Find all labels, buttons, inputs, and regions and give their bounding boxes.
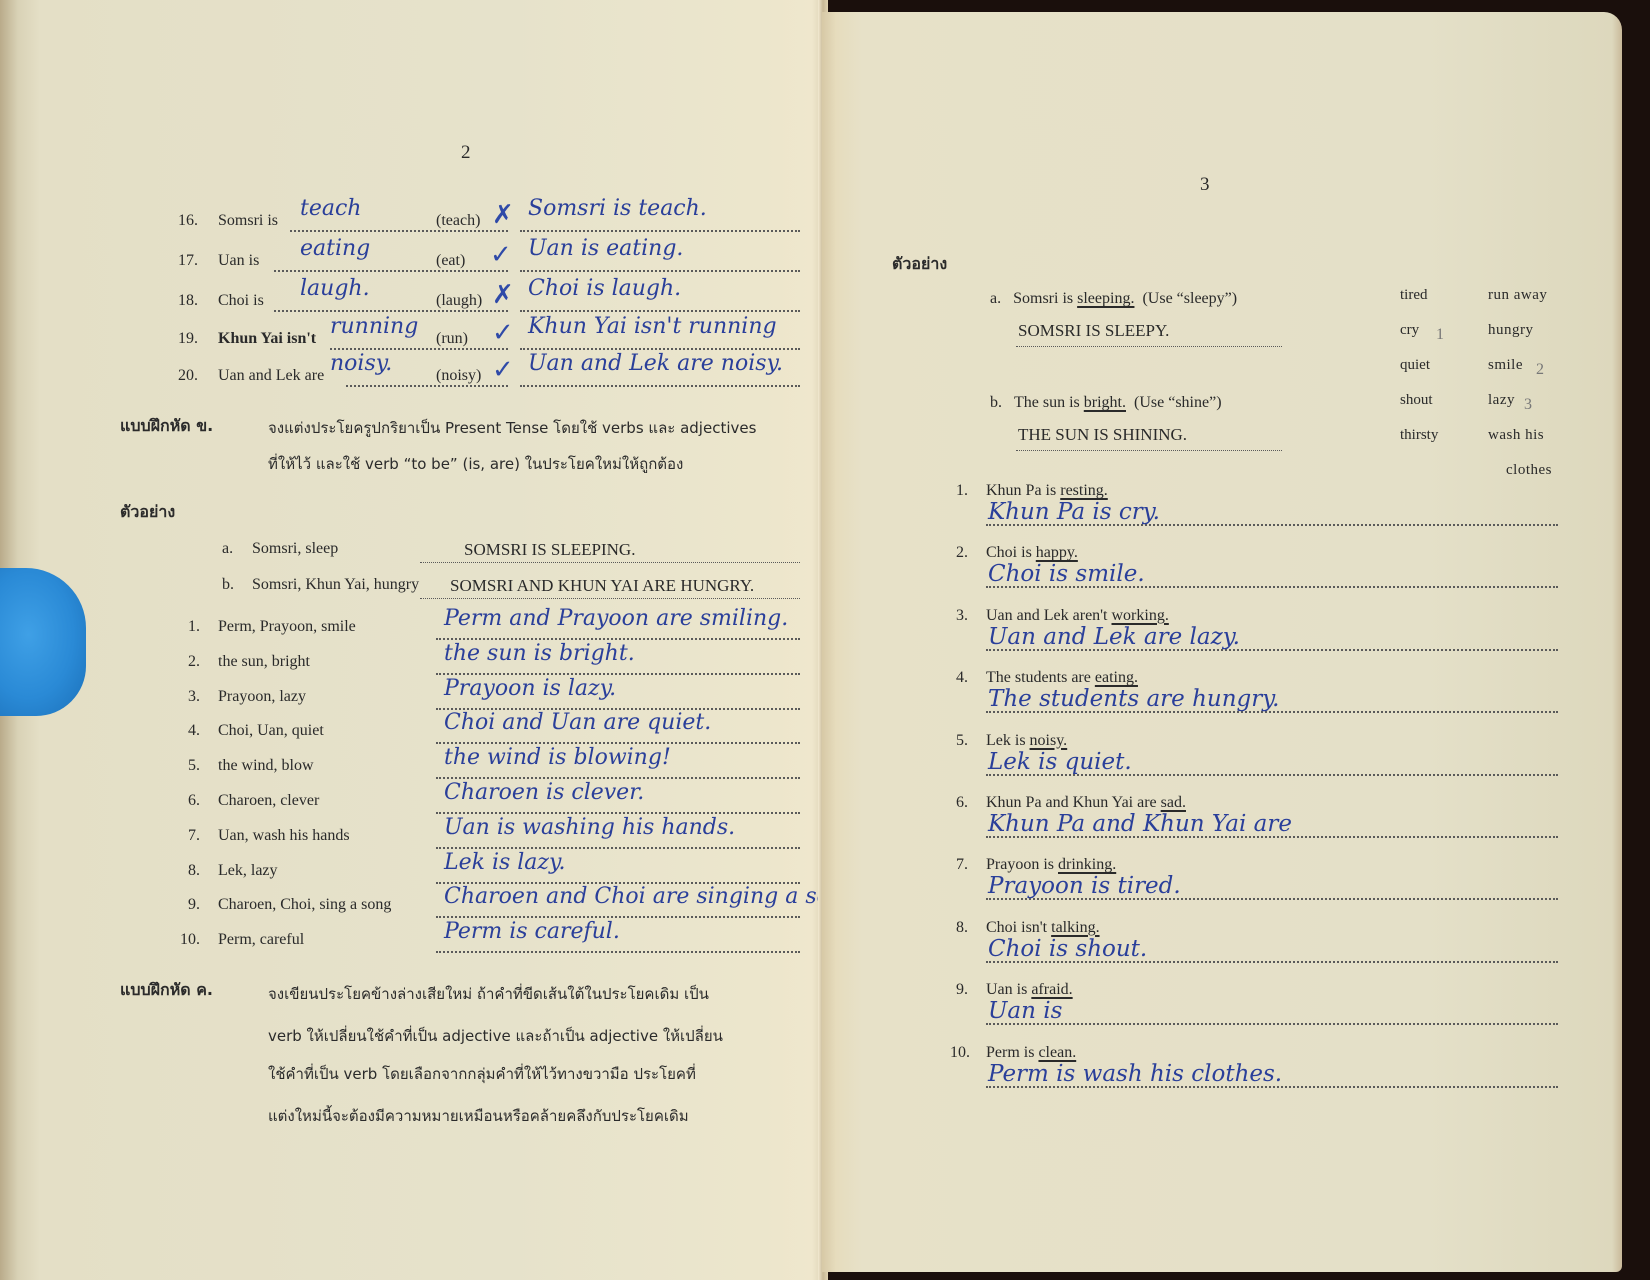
item-number: 6. bbox=[188, 792, 200, 810]
underlined-word: noisy. bbox=[1030, 732, 1068, 749]
item-sentence: Perm is clean. bbox=[986, 1044, 1076, 1062]
example-sentence: a.Somsri is sleeping. (Use “sleepy”) bbox=[990, 290, 1237, 308]
handwritten-blank-answer: eating bbox=[300, 236, 370, 261]
exercise-c-instruction-2: verb ให้เปลี่ยนใช้คำที่เป็น adjective แล… bbox=[268, 1024, 723, 1048]
example-cue: Somsri, sleep bbox=[252, 540, 338, 558]
underlined-word: eating. bbox=[1095, 669, 1138, 686]
item-number: 1. bbox=[956, 482, 968, 500]
item-number: 2. bbox=[956, 544, 968, 562]
use-hint: (Use “shine”) bbox=[1126, 394, 1222, 411]
item-number: 20. bbox=[178, 367, 198, 385]
handwritten-blank-answer: running bbox=[330, 314, 418, 339]
answer-line bbox=[436, 742, 800, 744]
sentence-text: Somsri is bbox=[1013, 290, 1077, 307]
underlined-word: sad. bbox=[1161, 794, 1186, 811]
item-number: 16. bbox=[178, 212, 198, 230]
sentence-text: Choi isn't bbox=[986, 919, 1051, 936]
item-number: 6. bbox=[956, 794, 968, 812]
answer-line bbox=[436, 847, 800, 849]
underlined-word: clean. bbox=[1038, 1044, 1076, 1061]
item-cue: the wind, blow bbox=[218, 757, 314, 775]
example-answer: SOMSRI IS SLEEPING. bbox=[464, 540, 635, 560]
item-number: 19. bbox=[178, 330, 198, 348]
word-bank-item: shout bbox=[1400, 392, 1433, 409]
example-line bbox=[420, 562, 800, 563]
exercise-b-label: แบบฝึกหัด ข. bbox=[120, 414, 213, 439]
handwritten-answer: Charoen and Choi are singing a song bbox=[444, 884, 822, 909]
answer-line bbox=[436, 708, 800, 710]
sentence-line bbox=[520, 385, 800, 387]
handwritten-blank-answer: laugh. bbox=[300, 276, 370, 301]
item-hint: (run) bbox=[436, 330, 468, 348]
answer-line bbox=[436, 916, 800, 918]
example-answer: SOMSRI AND KHUN YAI ARE HUNGRY. bbox=[450, 576, 754, 596]
item-hint: (noisy) bbox=[436, 367, 481, 385]
handwritten-sentence: Uan and Lek are noisy. bbox=[528, 351, 783, 376]
handwritten-answer: Charoen is clever. bbox=[444, 780, 644, 805]
handwritten-answer: Khun Pa is cry. bbox=[988, 499, 1160, 525]
pencil-mark: 2 bbox=[1536, 361, 1544, 379]
exercise-b-instruction-2: ที่ให้ไว้ และใช้ verb “to be” (is, are) … bbox=[268, 452, 683, 476]
item-sentence: Uan is afraid. bbox=[986, 981, 1073, 999]
sentence-text: Khun Pa and Khun Yai are bbox=[986, 794, 1161, 811]
page-number: 3 bbox=[1200, 174, 1210, 196]
answer-line bbox=[436, 638, 800, 640]
item-number: 5. bbox=[956, 732, 968, 750]
sentence-line bbox=[520, 230, 800, 232]
word-bank-item: run away bbox=[1488, 287, 1547, 304]
handwritten-answer: Prayoon is tired. bbox=[988, 873, 1181, 899]
example-line bbox=[1016, 346, 1282, 347]
handwritten-answer: Lek is quiet. bbox=[988, 749, 1132, 775]
sentence-text: Prayoon is bbox=[986, 856, 1058, 873]
handwritten-answer: Uan and Lek are lazy. bbox=[988, 624, 1240, 650]
item-prompt: Somsri is bbox=[218, 212, 278, 230]
item-cue: the sun, bright bbox=[218, 653, 310, 671]
handwritten-answer: Uan is bbox=[988, 998, 1062, 1024]
sentence-line bbox=[520, 270, 800, 272]
left-page: 2 16.Somsri isteach(teach)✗Somsri is tea… bbox=[0, 0, 822, 1280]
handwritten-sentence: Choi is laugh. bbox=[528, 276, 681, 301]
underlined-word: working. bbox=[1112, 607, 1169, 624]
item-number: 1. bbox=[188, 618, 200, 636]
item-number: 8. bbox=[956, 919, 968, 937]
handwritten-blank-answer: noisy. bbox=[330, 351, 392, 376]
check-mark-icon: ✓ bbox=[492, 318, 514, 348]
answer-line bbox=[436, 777, 800, 779]
pencil-mark: 3 bbox=[1524, 396, 1532, 414]
item-number: 18. bbox=[178, 292, 198, 310]
sentence-text: Uan is bbox=[986, 981, 1031, 998]
pencil-mark: 1 bbox=[1436, 326, 1444, 344]
example-line bbox=[420, 598, 800, 599]
item-sentence: Prayoon is drinking. bbox=[986, 856, 1116, 874]
example-label: ตัวอย่าง bbox=[892, 252, 947, 277]
exercise-c-instruction-1: จงเขียนประโยคข้างล่างเสียใหม่ ถ้าคำที่ขี… bbox=[268, 982, 709, 1006]
item-cue: Perm, Prayoon, smile bbox=[218, 618, 356, 636]
item-prompt: Uan is bbox=[218, 252, 259, 270]
item-sentence: Uan and Lek aren't working. bbox=[986, 607, 1169, 625]
item-number: 9. bbox=[188, 896, 200, 914]
underlined-word: drinking. bbox=[1058, 856, 1116, 873]
example-cue: Somsri, Khun Yai, hungry bbox=[252, 576, 419, 594]
item-sentence: Choi isn't talking. bbox=[986, 919, 1100, 937]
item-number: 4. bbox=[188, 722, 200, 740]
item-number: 7. bbox=[956, 856, 968, 874]
item-cue: Lek, lazy bbox=[218, 862, 278, 880]
answer-line bbox=[436, 882, 800, 884]
sentence-line bbox=[520, 310, 800, 312]
word-bank-item: tired bbox=[1400, 287, 1428, 304]
handwritten-answer: Perm and Prayoon are smiling. bbox=[444, 606, 788, 631]
answer-blank-line bbox=[274, 270, 508, 272]
example-answer: THE SUN IS SHINING. bbox=[1018, 425, 1187, 445]
item-number: 9. bbox=[956, 981, 968, 999]
item-sentence: Khun Pa is resting. bbox=[986, 482, 1108, 500]
handwritten-blank-answer: teach bbox=[300, 196, 361, 221]
item-sentence: The students are eating. bbox=[986, 669, 1138, 687]
item-number: 10. bbox=[180, 931, 200, 949]
handwritten-answer: Khun Pa and Khun Yai are bbox=[988, 811, 1292, 837]
word-bank-item: wash his bbox=[1488, 427, 1544, 444]
use-hint: (Use “sleepy”) bbox=[1134, 290, 1237, 307]
handwritten-answer: Lek is lazy. bbox=[444, 850, 566, 875]
item-number: 5. bbox=[188, 757, 200, 775]
answer-line bbox=[436, 951, 800, 953]
item-cue: Charoen, clever bbox=[218, 792, 319, 810]
sentence-text: Uan and Lek aren't bbox=[986, 607, 1112, 624]
example-answer: SOMSRI IS SLEEPY. bbox=[1018, 321, 1169, 341]
example-line bbox=[1016, 450, 1282, 451]
example-letter: b. bbox=[222, 576, 234, 594]
answer-line bbox=[986, 1023, 1558, 1025]
sentence-text: Lek is bbox=[986, 732, 1030, 749]
answer-line bbox=[436, 673, 800, 675]
sentence-text: The students are bbox=[986, 669, 1095, 686]
handwritten-answer: Perm is wash his clothes. bbox=[988, 1061, 1282, 1087]
exercise-c-instruction-4: แต่งใหม่นี้จะต้องมีความหมายเหมือนหรือคล้… bbox=[268, 1104, 689, 1128]
item-hint: (laugh) bbox=[436, 292, 482, 310]
handwritten-answer: Uan is washing his hands. bbox=[444, 815, 735, 840]
answer-blank-line bbox=[290, 230, 508, 232]
word-bank-item: hungry bbox=[1488, 322, 1534, 339]
item-sentence: Lek is noisy. bbox=[986, 732, 1067, 750]
example-sentence: b.The sun is bright. (Use “shine”) bbox=[990, 394, 1222, 412]
item-hint: (teach) bbox=[436, 212, 480, 230]
check-mark-icon: ✓ bbox=[490, 240, 512, 270]
handwritten-sentence: Khun Yai isn't running bbox=[528, 314, 777, 339]
handwritten-answer: Prayoon is lazy. bbox=[444, 676, 616, 701]
item-number: 7. bbox=[188, 827, 200, 845]
example-letter: a. bbox=[222, 540, 233, 558]
word-bank-item: clothes bbox=[1506, 462, 1552, 479]
word-bank-item: thirsty bbox=[1400, 427, 1438, 444]
handwritten-answer: Choi is shout. bbox=[988, 936, 1147, 962]
item-cue: Charoen, Choi, sing a song bbox=[218, 896, 391, 914]
item-sentence: Choi is happy. bbox=[986, 544, 1078, 562]
item-prompt: Choi is bbox=[218, 292, 264, 310]
exercise-b-instruction-1: จงแต่งประโยครูปกริยาเป็น Present Tense โ… bbox=[268, 416, 756, 440]
handwritten-answer: Choi is smile. bbox=[988, 561, 1145, 587]
item-number: 10. bbox=[950, 1044, 970, 1062]
answer-blank-line bbox=[274, 310, 508, 312]
item-prompt: Khun Yai isn't bbox=[218, 330, 316, 348]
sentence-text: Perm is bbox=[986, 1044, 1038, 1061]
example-label: ตัวอย่าง bbox=[120, 500, 175, 525]
item-cue: Perm, careful bbox=[218, 931, 304, 949]
answer-blank-line bbox=[346, 385, 508, 387]
sentence-text: Choi is bbox=[986, 544, 1036, 561]
handwritten-answer: the sun is bright. bbox=[444, 641, 635, 666]
example-letter: a. bbox=[990, 290, 1001, 307]
sentence-line bbox=[520, 348, 800, 350]
underlined-word: bright. bbox=[1084, 394, 1126, 411]
handwritten-answer: Choi and Uan are quiet. bbox=[444, 710, 711, 735]
underlined-word: talking. bbox=[1051, 919, 1099, 936]
wrong-mark-icon: ✗ bbox=[492, 280, 514, 310]
handwritten-sentence: Somsri is teach. bbox=[528, 196, 707, 221]
item-hint: (eat) bbox=[436, 252, 465, 270]
sentence-text: The sun is bbox=[1014, 394, 1084, 411]
word-bank-item: cry bbox=[1400, 322, 1419, 339]
item-number: 8. bbox=[188, 862, 200, 880]
answer-line bbox=[436, 812, 800, 814]
handwritten-sentence: Uan is eating. bbox=[528, 236, 683, 261]
underlined-word: afraid. bbox=[1031, 981, 1072, 998]
item-number: 4. bbox=[956, 669, 968, 687]
underlined-word: sleeping. bbox=[1077, 290, 1134, 307]
item-cue: Uan, wash his hands bbox=[218, 827, 350, 845]
sentence-text: Khun Pa is bbox=[986, 482, 1060, 499]
example-letter: b. bbox=[990, 394, 1002, 411]
underlined-word: happy. bbox=[1036, 544, 1078, 561]
word-bank-item: lazy bbox=[1488, 392, 1515, 409]
item-cue: Prayoon, lazy bbox=[218, 688, 306, 706]
page-number: 2 bbox=[461, 142, 471, 164]
item-cue: Choi, Uan, quiet bbox=[218, 722, 324, 740]
item-number: 17. bbox=[178, 252, 198, 270]
item-sentence: Khun Pa and Khun Yai are sad. bbox=[986, 794, 1186, 812]
handwritten-answer: Perm is careful. bbox=[444, 919, 620, 944]
handwritten-answer: The students are hungry. bbox=[988, 686, 1279, 712]
item-prompt: Uan and Lek are bbox=[218, 367, 324, 385]
blue-cloth bbox=[0, 568, 86, 716]
exercise-c-instruction-3: ใช้คำที่เป็น verb โดยเลือกจากกลุ่มคำที่ใ… bbox=[268, 1062, 696, 1086]
exercise-c-label: แบบฝึกหัด ค. bbox=[120, 978, 213, 1003]
check-mark-icon: ✓ bbox=[492, 355, 514, 385]
item-number: 3. bbox=[956, 607, 968, 625]
item-number: 3. bbox=[188, 688, 200, 706]
right-page: 3 ตัวอย่าง a.Somsri is sleeping. (Use “s… bbox=[822, 12, 1622, 1272]
underlined-word: resting. bbox=[1060, 482, 1108, 499]
answer-blank-line bbox=[330, 348, 508, 350]
handwritten-answer: the wind is blowing! bbox=[444, 745, 671, 770]
word-bank-item: quiet bbox=[1400, 357, 1430, 374]
wrong-mark-icon: ✗ bbox=[492, 200, 514, 230]
word-bank-item: smile bbox=[1488, 357, 1523, 374]
item-number: 2. bbox=[188, 653, 200, 671]
